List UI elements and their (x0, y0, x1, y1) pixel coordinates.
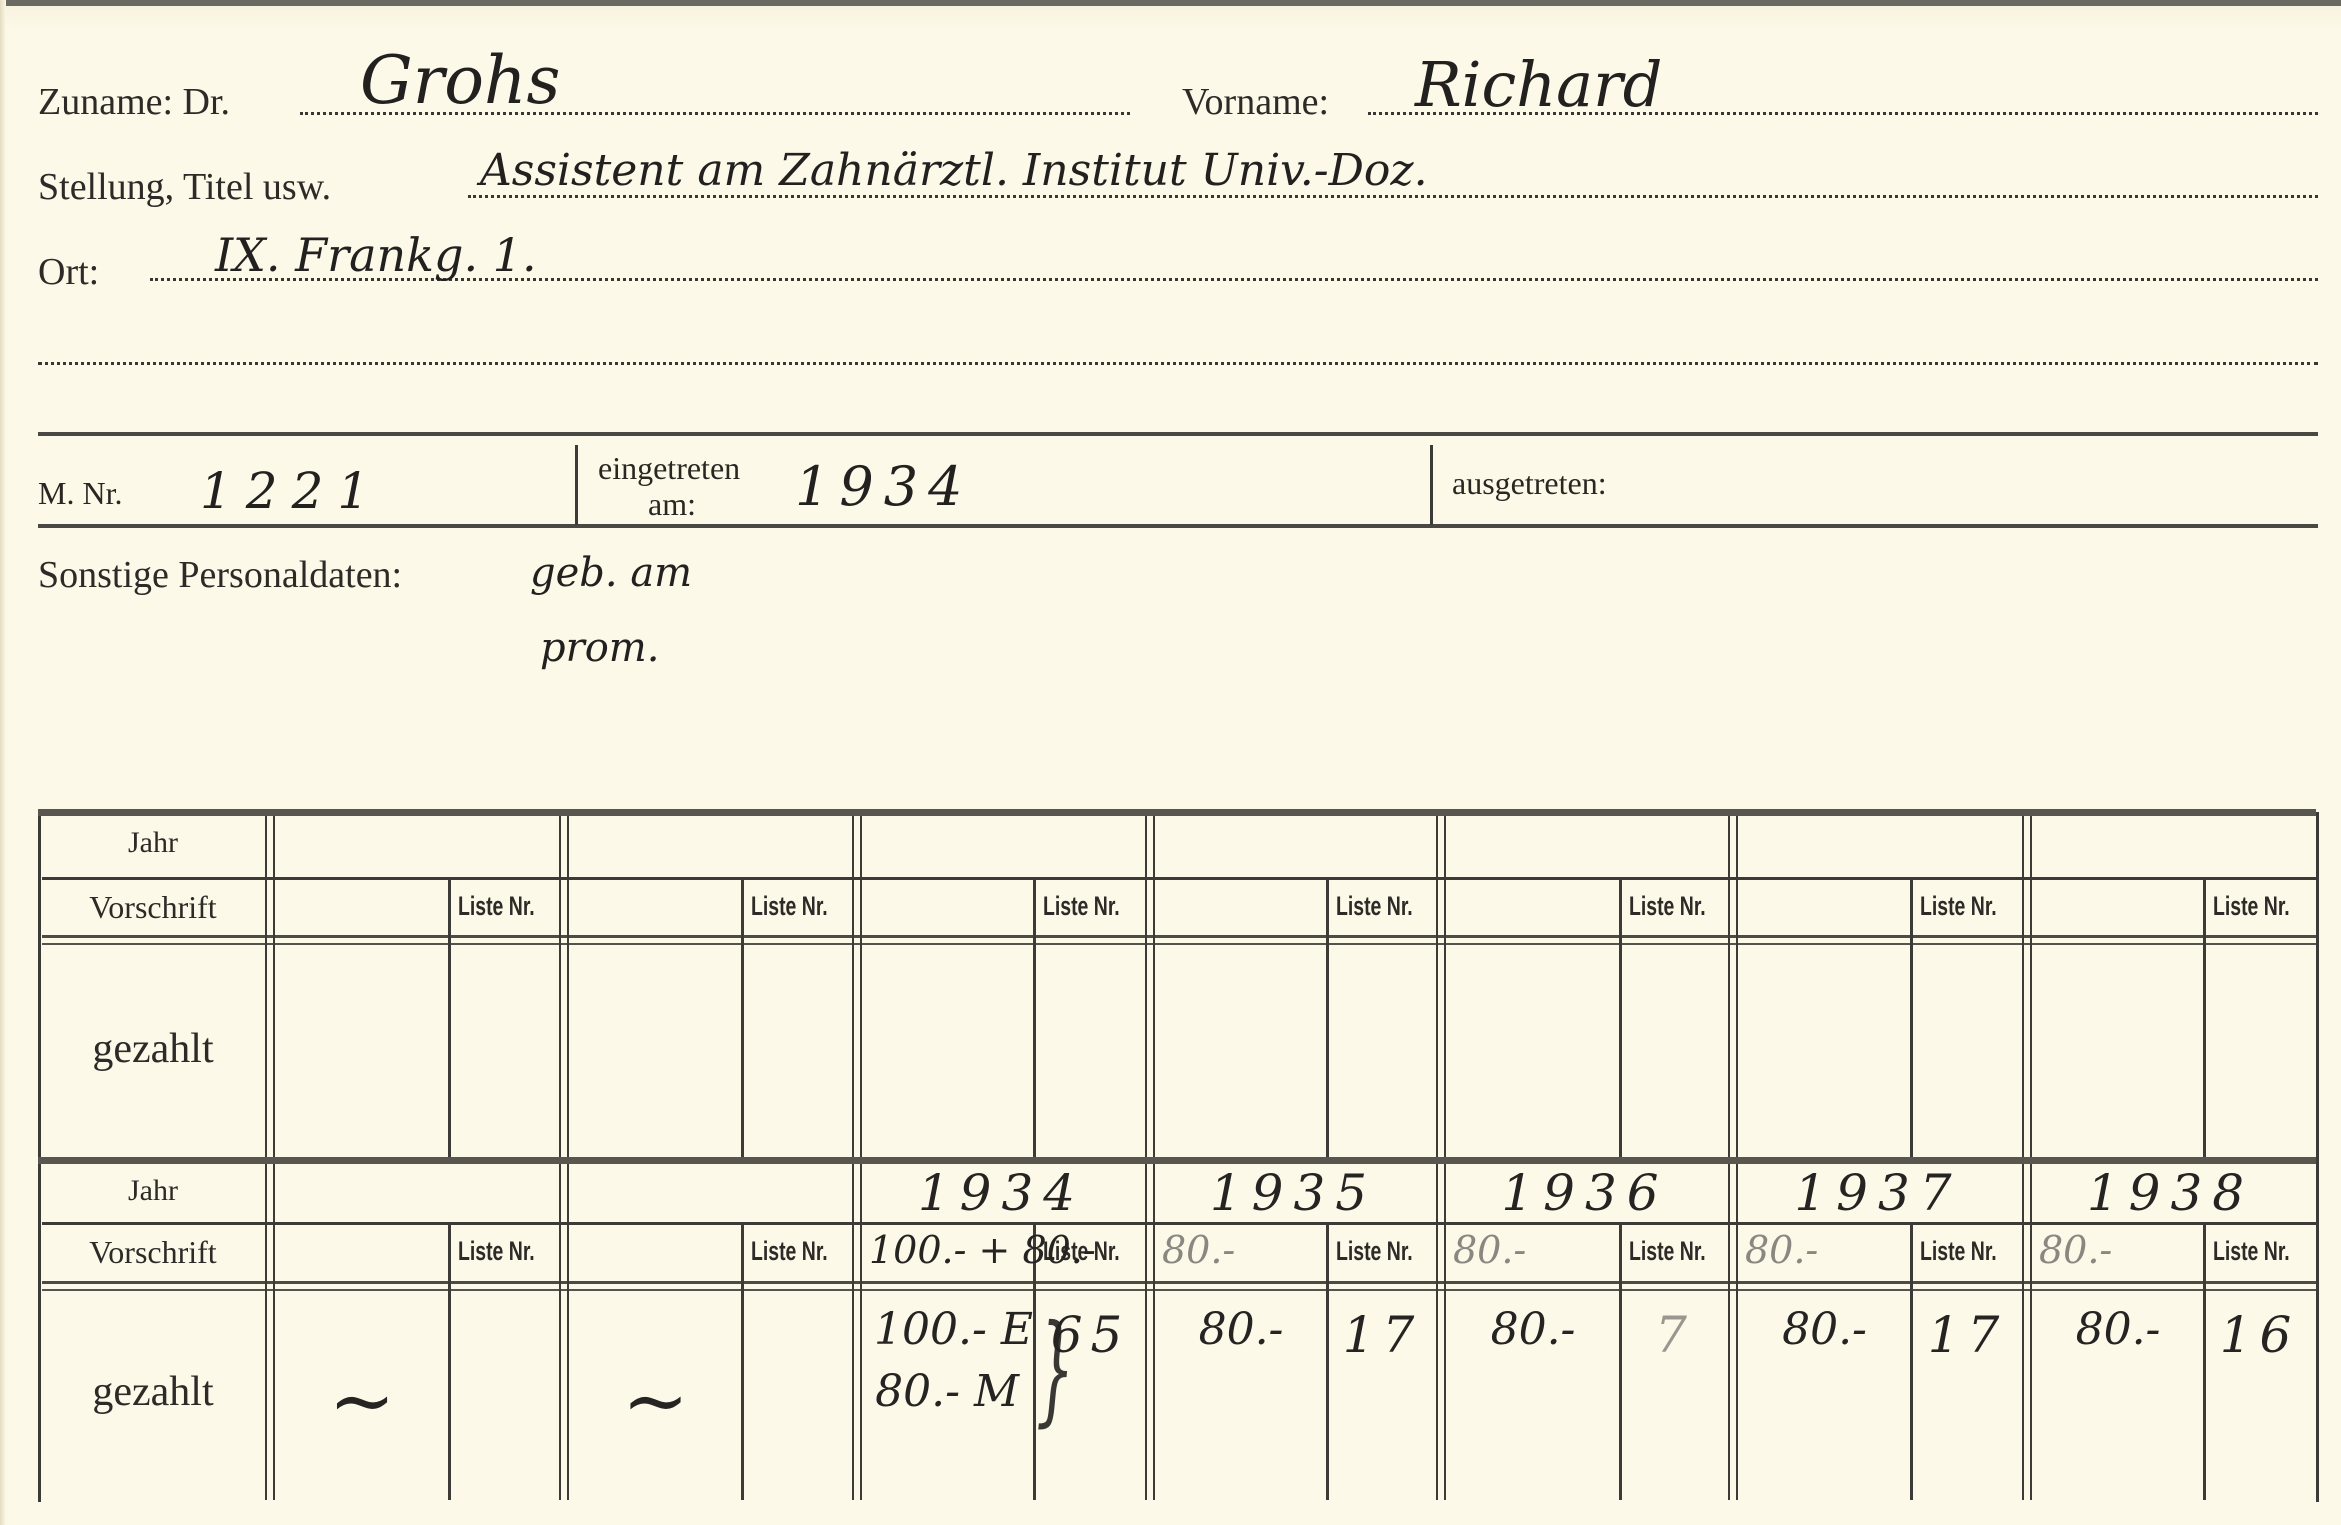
table-right-border (2316, 812, 2319, 1502)
upper-group-divider (1728, 816, 1738, 1160)
lower-jahr-cell[interactable]: 1936 (1439, 1164, 1731, 1222)
lower-liste-divider (1619, 1222, 1622, 1500)
upper-liste-header: Liste Nr. (1336, 891, 1413, 922)
lower-vorschrift-cell[interactable]: 100.- + 80.- (869, 1228, 1096, 1272)
upper-group-divider (1436, 816, 1446, 1160)
lower-jahr-cell[interactable]: 1934 (855, 1164, 1148, 1222)
stellung-label: Stellung, Titel usw. (38, 165, 331, 209)
lower-jahr-cell[interactable]: 1935 (1148, 1164, 1439, 1222)
card-edge-top (0, 0, 2341, 6)
lower-liste-divider (1326, 1222, 1329, 1500)
lower-group-divider (265, 1164, 275, 1500)
upper-liste-divider (2203, 877, 2206, 1160)
upper-group-divider (2022, 816, 2032, 1160)
upper-vorschrift-rule (42, 935, 2316, 945)
lower-liste-cell[interactable]: 16 (2207, 1306, 2312, 1364)
lower-liste-header: Liste Nr. (1920, 1236, 1997, 1267)
lower-gezahlt-cell-2[interactable]: 80.- M (863, 1366, 1019, 1417)
mnr-divider (575, 445, 578, 525)
upper-gezahlt-label: gezahlt (38, 1025, 268, 1073)
upper-group-divider (559, 816, 569, 1160)
member-index-card: Zuname: Dr. Grohs Vorname: Richard Stell… (0, 0, 2341, 1525)
lower-liste-header: Liste Nr. (2213, 1236, 2290, 1267)
upper-liste-divider (1910, 877, 1913, 1160)
upper-liste-header: Liste Nr. (1920, 891, 1997, 922)
upper-jahr-rule (42, 877, 2316, 880)
lower-liste-header: Liste Nr. (1629, 1236, 1706, 1267)
ausgetreten-label: ausgetreten: (1452, 465, 1607, 502)
upper-top-rule (38, 809, 2316, 816)
sonstige-prom[interactable]: prom. (540, 625, 659, 671)
zuname-value[interactable]: Grohs (360, 42, 560, 119)
upper-group-divider (852, 816, 862, 1160)
mnr-label: M. Nr. (38, 475, 122, 512)
lower-top-rule (38, 1157, 2316, 1164)
eingetreten-am-label: am: (648, 486, 696, 523)
upper-liste-divider (1033, 877, 1036, 1160)
vorname-value[interactable]: Richard (1415, 48, 1662, 121)
mnr-row-top-rule (38, 432, 2318, 436)
lower-liste-cell[interactable]: 17 (1914, 1306, 2021, 1364)
upper-jahr-label: Jahr (38, 826, 268, 860)
mnr-row-bottom-rule (38, 524, 2318, 528)
mnr-value[interactable]: 1221 (200, 462, 383, 520)
lower-liste-header: Liste Nr. (1336, 1236, 1413, 1267)
eingetreten-label: eingetreten (598, 450, 740, 487)
lower-gezahlt-cell[interactable]: ~ (276, 1354, 448, 1447)
eingetreten-value[interactable]: 1934 (795, 455, 972, 518)
lower-liste-divider (741, 1222, 744, 1500)
lower-group-divider (559, 1164, 569, 1500)
ausgetreten-divider (1430, 445, 1433, 525)
lower-vorschrift-cell[interactable]: 80.- (1453, 1228, 1526, 1272)
upper-liste-divider (1619, 877, 1622, 1160)
lower-gezahlt-label: gezahlt (38, 1368, 268, 1416)
lower-liste-cell[interactable]: 7 (1623, 1306, 1727, 1364)
lower-liste-divider (448, 1222, 451, 1500)
upper-group-divider (265, 816, 275, 1160)
lower-jahr-cell[interactable]: 1937 (1731, 1164, 2025, 1222)
lower-vorschrift-cell[interactable]: 80.- (1745, 1228, 1818, 1272)
lower-gezahlt-cell[interactable]: ~ (570, 1354, 741, 1447)
lower-liste-divider (1910, 1222, 1913, 1500)
sonstige-label: Sonstige Personaldaten: (38, 553, 402, 597)
lower-liste-cell[interactable]: 17 (1330, 1306, 1435, 1364)
upper-liste-header: Liste Nr. (1629, 891, 1706, 922)
lower-gezahlt-cell[interactable]: 80.- (1447, 1304, 1619, 1355)
sonstige-geb[interactable]: geb. am (530, 550, 692, 596)
lower-vorschrift-cell[interactable]: 80.- (1162, 1228, 1235, 1272)
upper-liste-divider (448, 877, 451, 1160)
lower-vorschrift-label: Vorschrift (38, 1234, 268, 1271)
lower-liste-header: Liste Nr. (458, 1236, 535, 1267)
lower-gezahlt-cell[interactable]: 80.- (1156, 1304, 1326, 1355)
zuname-label: Zuname: Dr. (38, 80, 230, 124)
upper-liste-divider (741, 877, 744, 1160)
stellung-value[interactable]: Assistent am Zahnärztl. Institut Univ.-D… (480, 145, 1428, 196)
blank-line (38, 362, 2318, 365)
lower-liste-cell[interactable]: 65 (1037, 1306, 1144, 1364)
lower-jahr-label: Jahr (38, 1174, 268, 1208)
upper-liste-header: Liste Nr. (751, 891, 828, 922)
lower-vorschrift-cell[interactable]: 80.- (2039, 1228, 2112, 1272)
lower-liste-divider (2203, 1222, 2206, 1500)
lower-vorschrift-rule (42, 1281, 2316, 1291)
card-edge-left (0, 0, 6, 1525)
upper-group-divider (1145, 816, 1155, 1160)
lower-jahr-rule (42, 1222, 2316, 1225)
lower-jahr-cell[interactable]: 1938 (2025, 1164, 2316, 1222)
upper-liste-divider (1326, 877, 1329, 1160)
vorname-label: Vorname: (1182, 80, 1329, 124)
ort-value[interactable]: IX. Frankg. 1. (215, 228, 537, 282)
lower-liste-header: Liste Nr. (751, 1236, 828, 1267)
lower-gezahlt-cell[interactable]: 80.- (1739, 1304, 1910, 1355)
upper-liste-header: Liste Nr. (1043, 891, 1120, 922)
upper-liste-header: Liste Nr. (2213, 891, 2290, 922)
ort-label: Ort: (38, 250, 99, 294)
upper-liste-header: Liste Nr. (458, 891, 535, 922)
lower-gezahlt-cell[interactable]: 100.- E (863, 1304, 1033, 1355)
upper-vorschrift-label: Vorschrift (38, 889, 268, 926)
lower-gezahlt-cell[interactable]: 80.- (2033, 1304, 2203, 1355)
